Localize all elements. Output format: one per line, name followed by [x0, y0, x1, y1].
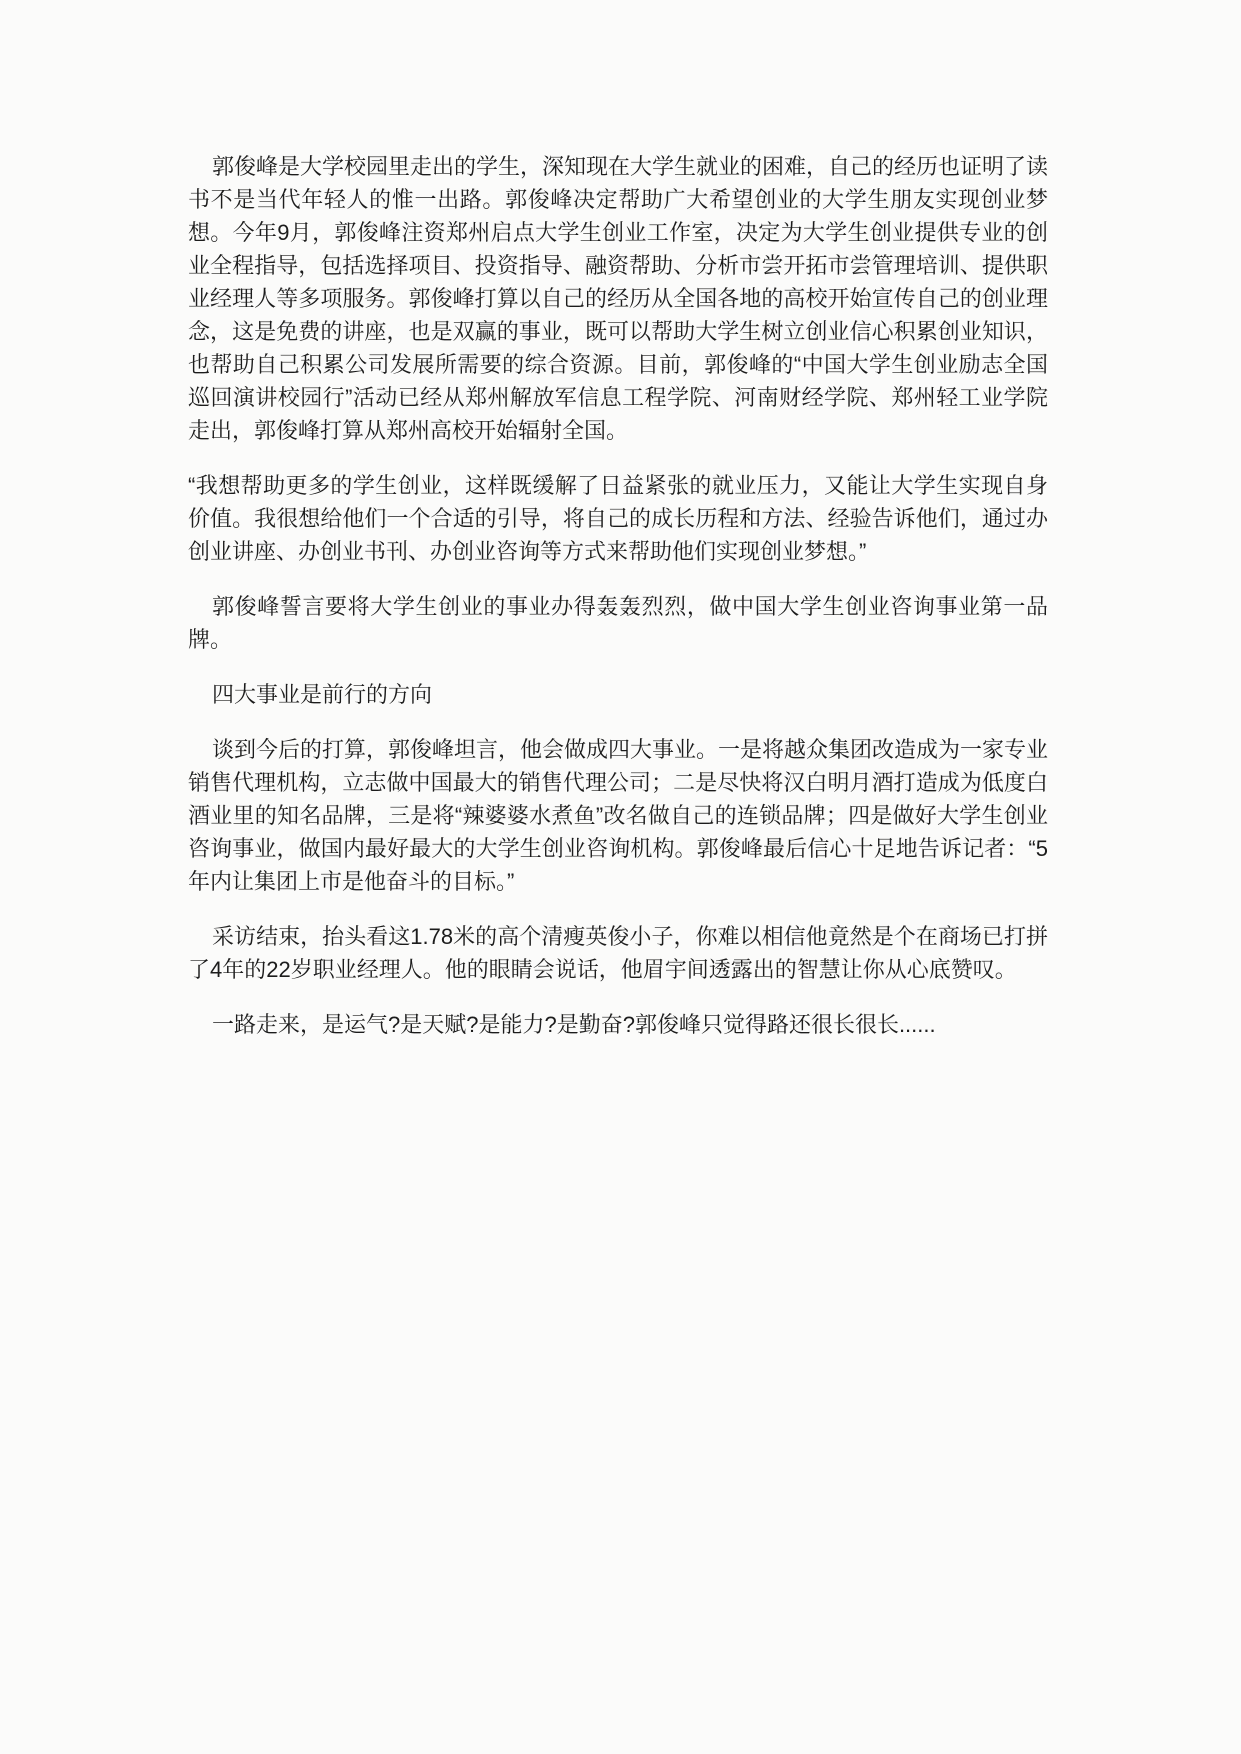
- paragraph-four-undertakings-detail: 谈到今后的打算，郭俊峰坦言，他会做成四大事业。一是将越众集团改造成为一家专业销售…: [188, 733, 1048, 898]
- section-heading-four-undertakings: 四大事业是前行的方向: [188, 678, 1048, 711]
- paragraph-vow-first-brand: 郭俊峰誓言要将大学生创业的事业办得轰轰烈烈，做中国大学生创业咨询事业第一品牌。: [188, 590, 1048, 656]
- paragraph-interview-closing: 采访结束，抬头看这1.78米的高个清瘦英俊小子，你难以相信他竟然是个在商场已打拼…: [188, 920, 1048, 986]
- paragraph-final-reflection: 一路走来，是运气?是天赋?是能力?是勤奋?郭俊峰只觉得路还很长很长......: [188, 1008, 1048, 1041]
- paragraph-quote-help-students: “我想帮助更多的学生创业，这样既缓解了日益紧张的就业压力，又能让大学生实现自身价…: [188, 469, 1048, 568]
- document-page: 郭俊峰是大学校园里走出的学生，深知现在大学生就业的困难，自己的经历也证明了读书不…: [188, 150, 1048, 1063]
- paragraph-intro-guo-junfeng: 郭俊峰是大学校园里走出的学生，深知现在大学生就业的困难，自己的经历也证明了读书不…: [188, 150, 1048, 447]
